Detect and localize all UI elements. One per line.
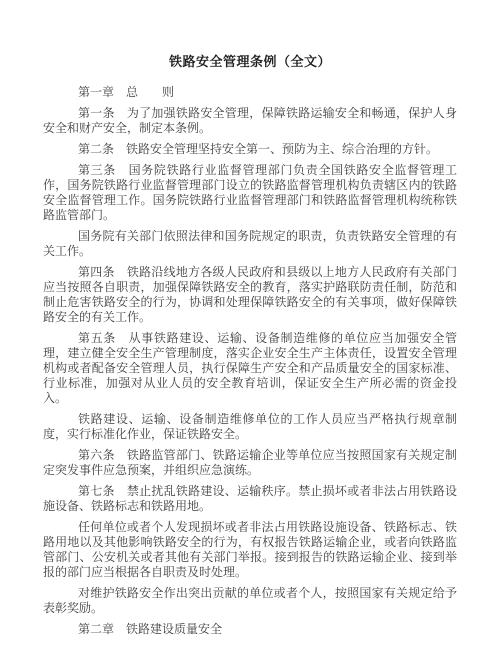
document-page: 铁路安全管理条例（全文） 第一章 总 则第一条 为了加强铁路安全管理，保障铁路运… bbox=[0, 0, 500, 647]
paragraph: 第四条 铁路沿线地方各级人民政府和县级以上地方人民政府有关部门应当按照各自职责，… bbox=[43, 265, 457, 325]
document-content: 铁路安全管理条例（全文） 第一章 总 则第一条 为了加强铁路安全管理，保障铁路运… bbox=[0, 0, 500, 637]
paragraph: 第一条 为了加强铁路安全管理，保障铁路运输安全和畅通，保护人身安全和财产安全，制… bbox=[43, 106, 457, 136]
paragraph: 任何单位或者个人发现损坏或者非法占用铁路设施设备、铁路标志、铁路用地以及其他影响… bbox=[43, 520, 457, 580]
paragraph: 第二条 铁路安全管理坚持安全第一、预防为主、综合治理的方针。 bbox=[43, 142, 457, 157]
chapter-heading: 第一章 总 则 bbox=[43, 85, 457, 100]
paragraph: 国务院有关部门依照法律和国务院规定的职责，负责铁路安全管理的有关工作。 bbox=[43, 229, 457, 259]
paragraph: 对维护铁路安全作出突出贡献的单位或者个人，按照国家有关规定给予表彰奖励。 bbox=[43, 586, 457, 616]
paragraph: 第三条 国务院铁路行业监督管理部门负责全国铁路安全监督管理工作，国务院铁路行业监… bbox=[43, 163, 457, 223]
paragraph: 第七条 禁止扰乱铁路建设、运输秩序。禁止损坏或者非法占用铁路设施设备、铁路标志和… bbox=[43, 484, 457, 514]
paragraph: 铁路建设、运输、设备制造维修单位的工作人员应当严格执行规章制度，实行标准化作业，… bbox=[43, 412, 457, 442]
paragraph: 第六条 铁路监管部门、铁路运输企业等单位应当按照国家有关规定制定突发事件应急预案… bbox=[43, 448, 457, 478]
chapter-heading: 第二章 铁路建设质量安全 bbox=[43, 622, 457, 637]
document-title: 铁路安全管理条例（全文） bbox=[43, 54, 457, 71]
document-body: 第一章 总 则第一条 为了加强铁路安全管理，保障铁路运输安全和畅通，保护人身安全… bbox=[43, 85, 457, 637]
paragraph: 第五条 从事铁路建设、运输、设备制造维修的单位应当加强安全管理，建立健全安全生产… bbox=[43, 331, 457, 406]
